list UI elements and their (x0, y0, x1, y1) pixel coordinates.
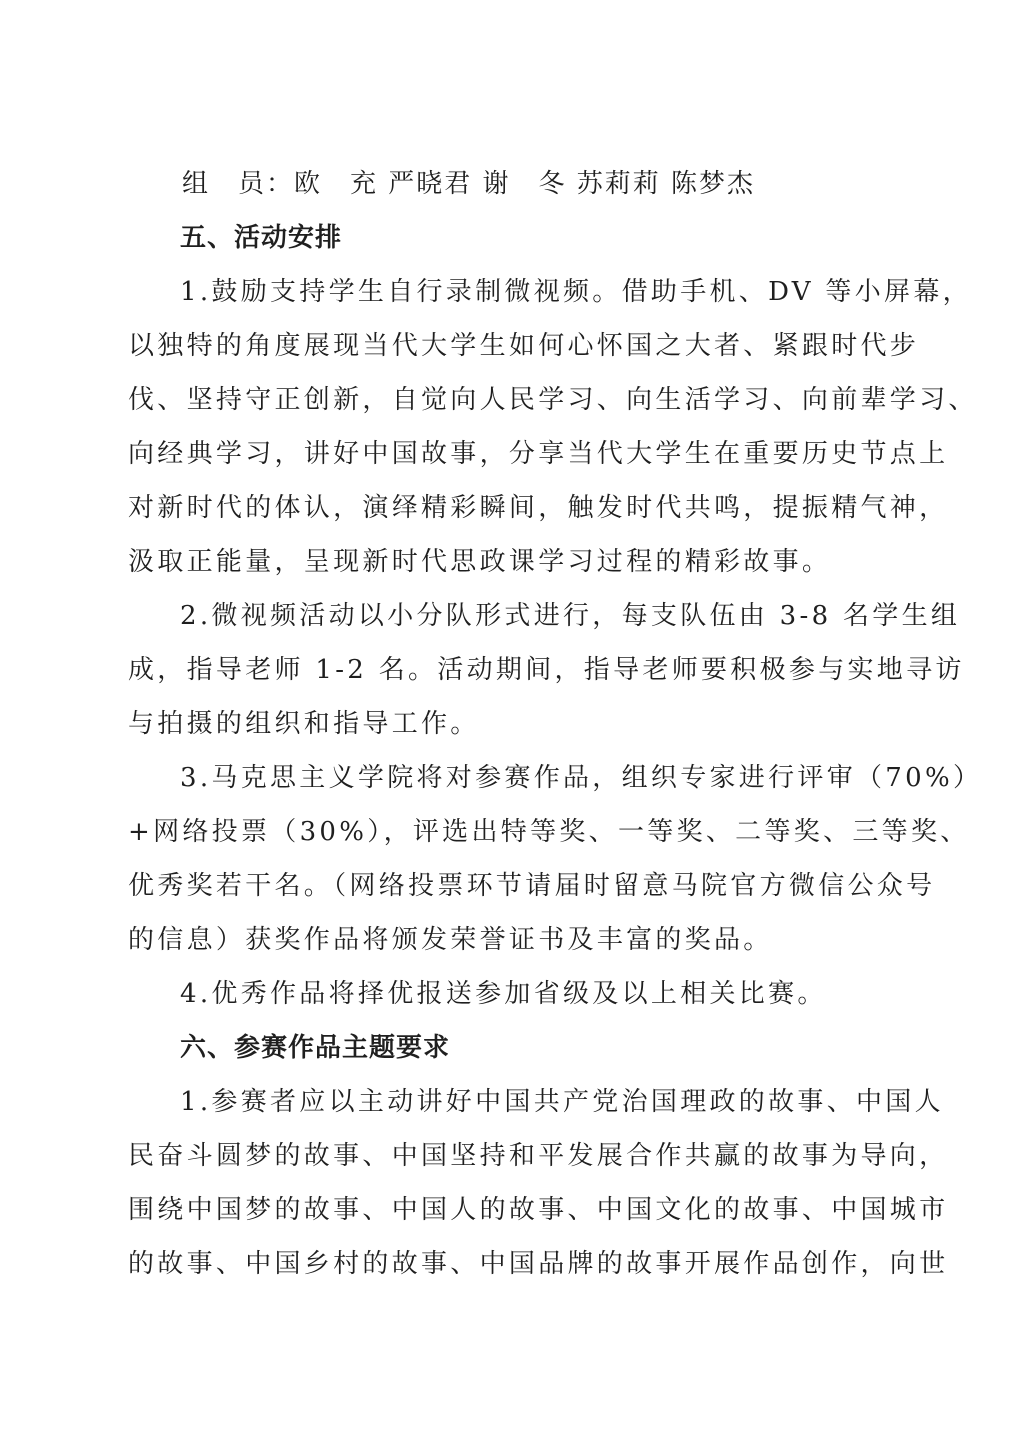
paragraph-line: 围绕中国梦的故事、中国人的故事、中国文化的故事、中国城市 (128, 1194, 948, 1226)
section-heading-theme-requirements: 六、参赛作品主题要求 (180, 1032, 450, 1064)
paragraph-line: 4.优秀作品将择优报送参加省级及以上相关比赛。 (180, 978, 827, 1010)
paragraph-line: 伐、坚持守正创新，自觉向人民学习、向生活学习、向前辈学习、 (128, 384, 978, 416)
paragraph-line: 1.参赛者应以主动讲好中国共产党治国理政的故事、中国人 (180, 1086, 944, 1118)
paragraph-line: 对新时代的体认，演绎精彩瞬间，触发时代共鸣，提振精气神， (128, 492, 948, 524)
paragraph-line: 的故事、中国乡村的故事、中国品牌的故事开展作品创作，向世 (128, 1248, 948, 1280)
paragraph-line: 汲取正能量，呈现新时代思政课学习过程的精彩故事。 (128, 546, 831, 578)
section-heading-activity-arrangement: 五、活动安排 (180, 222, 342, 254)
paragraph-line: 的信息）获奖作品将颁发荣誉证书及丰富的奖品。 (128, 924, 773, 956)
paragraph-line: 优秀奖若干名。（网络投票环节请届时留意马院官方微信公众号 (128, 870, 935, 902)
paragraph-line: 2.微视频活动以小分队形式进行，每支队伍由 3-8 名学生组 (180, 600, 960, 632)
paragraph-line: 1.鼓励支持学生自行录制微视频。借助手机、DV 等小屏幕， (180, 276, 972, 308)
paragraph-line: 与拍摄的组织和指导工作。 (128, 708, 480, 740)
paragraph-line: +网络投票（30%），评选出特等奖、一等奖、二等奖、三等奖、 (128, 816, 970, 848)
paragraph-line: 3.马克思主义学院将对参赛作品，组织专家进行评审（70%） (180, 762, 982, 794)
paragraph-line: 民奋斗圆梦的故事、中国坚持和平发展合作共赢的故事为导向， (128, 1140, 948, 1172)
paragraph-line: 成，指导老师 1-2 名。活动期间，指导老师要积极参与实地寻访 (128, 654, 965, 686)
team-members-line: 组 员：欧 充 严晓君 谢 冬 苏莉莉 陈梦杰 (182, 168, 755, 200)
paragraph-line: 以独特的角度展现当代大学生如何心怀国之大者、紧跟时代步 (128, 330, 919, 362)
paragraph-line: 向经典学习，讲好中国故事，分享当代大学生在重要历史节点上 (128, 438, 948, 470)
document-page: 组 员：欧 充 严晓君 谢 冬 苏莉莉 陈梦杰 五、活动安排 1.鼓励支持学生自… (0, 0, 1024, 1448)
